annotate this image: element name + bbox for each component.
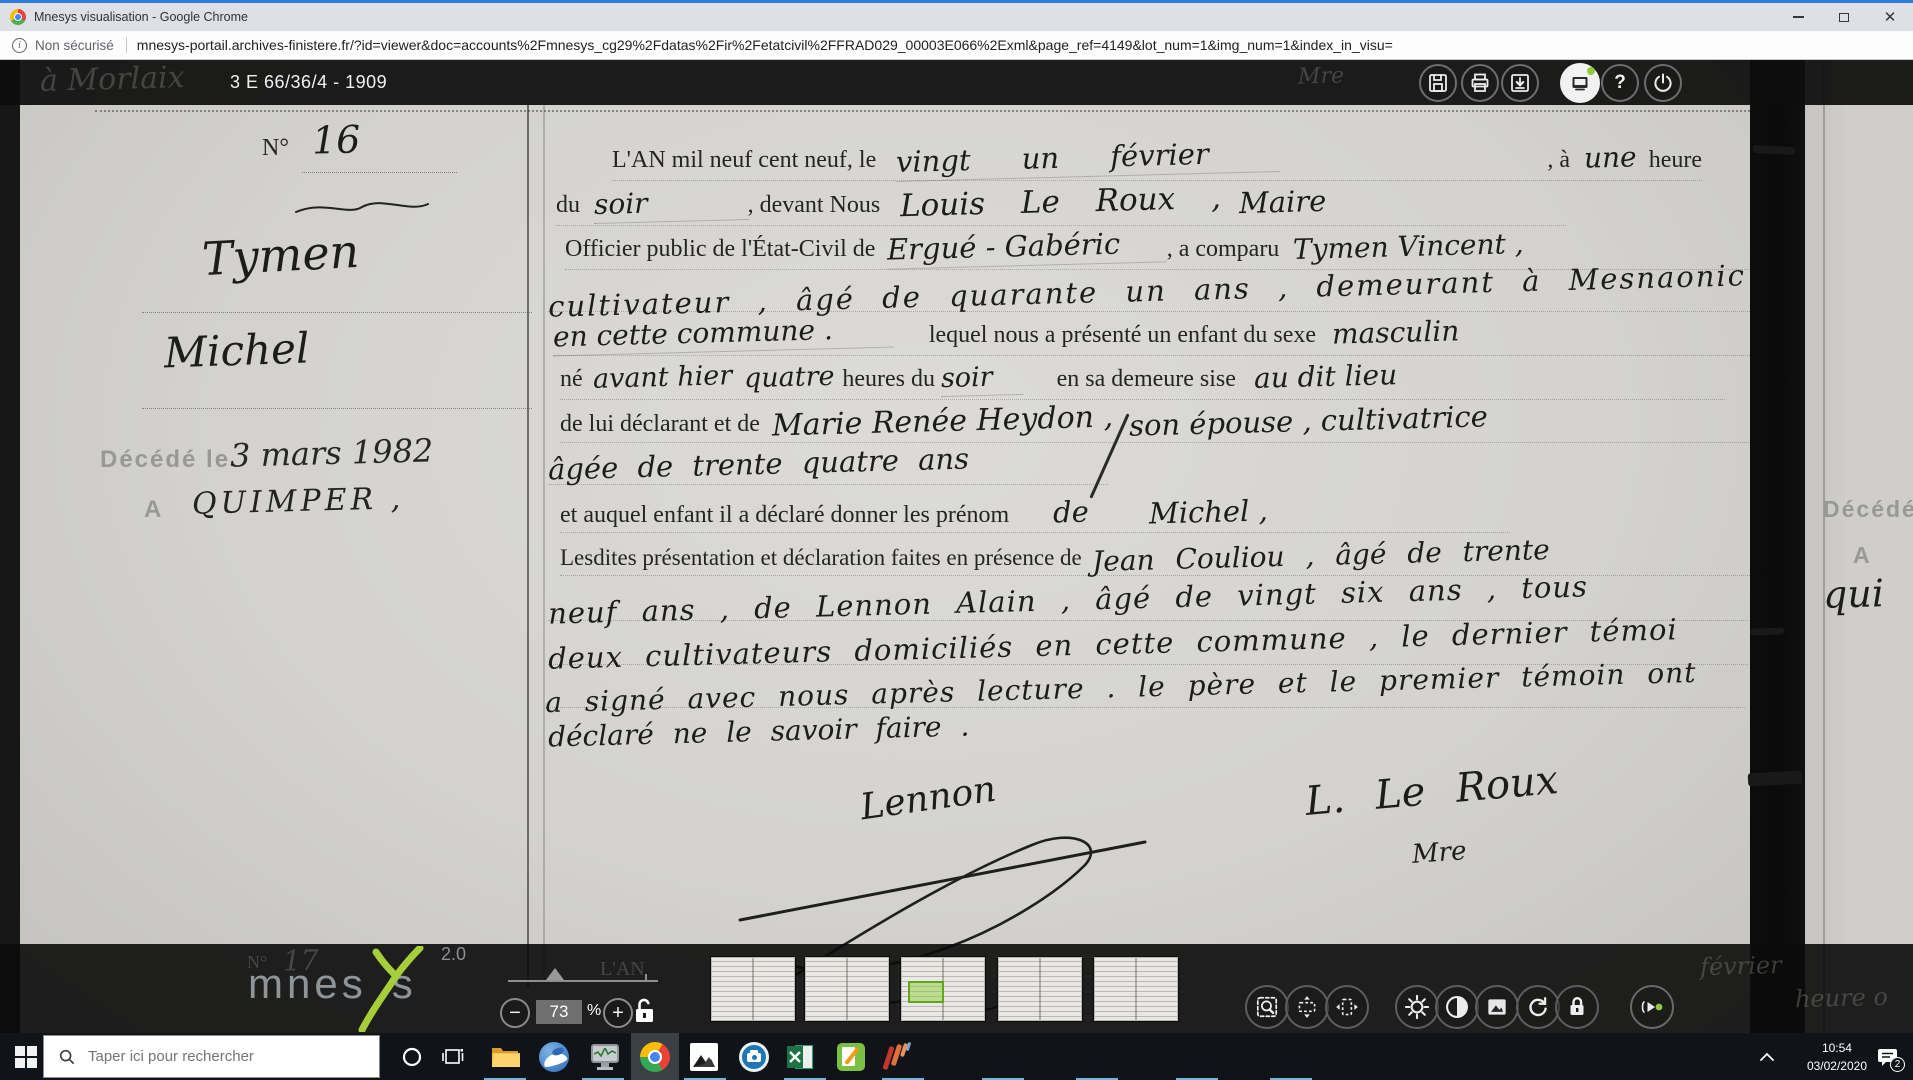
deceased-stamp: Décédé le [100,446,230,474]
minimize-button[interactable] [1775,3,1821,31]
download-button[interactable] [1501,64,1539,102]
notification-badge: 2 [1890,1057,1905,1072]
act-line: L'AN mil neuf cent neuf, le vingt un fév… [612,140,1702,181]
handwritten-text: déclaré ne le savoir faire . [548,709,970,753]
security-label[interactable]: Non sécurisé [35,38,114,53]
contrast-button[interactable] [1435,985,1479,1029]
print-button[interactable] [1461,64,1499,102]
clock-date: 03/02/2020 [1807,1057,1867,1075]
save-button[interactable] [1419,64,1457,102]
printed-text: Officier public de l'État-Civil de [565,236,875,263]
margin-surname: Tymen [201,224,361,286]
file-explorer-icon [490,1044,520,1070]
zoom-value[interactable]: 73 [536,1000,582,1024]
help-button[interactable]: ? [1601,64,1639,102]
act-number-value: 16 [311,117,360,162]
address-divider [126,37,127,53]
taskbar-app-thunderbird[interactable] [530,1033,578,1080]
handwritten-text: Maire [1239,184,1327,220]
maximize-button[interactable] [1821,3,1867,31]
invert-button[interactable] [1475,985,1519,1029]
notepad-icon [837,1043,865,1071]
close-button[interactable]: ✕ [1867,3,1913,31]
taskbar-app-chrome-active[interactable] [631,1033,679,1080]
printed-text: , devant Nous [748,192,881,219]
download-icon [1508,71,1532,95]
taskbar-app-camera[interactable] [730,1033,778,1080]
margin-dot-rule [302,172,457,173]
page-thumbnail[interactable] [1093,956,1179,1022]
printed-text: , a comparu [1167,236,1280,263]
viewer-top-toolbar: à Morlaix Mre 3 E 66/36/4 - 1909 [0,60,1913,105]
printed-text: de lui déclarant et de [560,411,760,438]
book-fold [1750,60,1805,1033]
handwritten-text: Tymen Vincent , [1293,227,1524,266]
right-page-note: qui [1822,571,1884,617]
zoom-unlock-icon[interactable] [631,996,657,1026]
viewport-selection-box[interactable] [908,981,944,1003]
margin-rule-line [527,105,529,988]
act-line: âgée de trente quatre ans [548,447,1108,485]
clock-time: 10:54 [1807,1039,1867,1057]
ghost-text: février [1700,951,1782,981]
handwritten-text: de [1053,495,1090,530]
zoom-percent-label: % [587,1002,601,1020]
handwritten-text: Ergué - Gabéric [887,225,1167,269]
zoom-slider-handle[interactable] [546,968,564,980]
collapse-panel-button[interactable] [1630,985,1674,1029]
task-view-icon [441,1046,465,1068]
windows-taskbar: 10:54 03/02/2020 2 [0,1033,1913,1080]
margin-dot-rule [142,312,532,313]
act-line: de lui déclarant et de Marie Renée Heydo… [560,404,1755,443]
save-icon [1426,71,1450,95]
margin-firstname: Michel [163,323,310,377]
handwritten-text: en cette commune . [553,312,894,357]
mayor-signature-title: Mre [1411,836,1467,870]
minimize-icon [1793,16,1804,18]
deceased-date: 3 mars 1982 [230,431,434,474]
search-icon [58,1048,76,1066]
lock-icon [1565,994,1589,1020]
printed-text: lequel nous a présenté un enfant du sexe [929,322,1316,349]
act-line: a signé avec nous après lecture . le pèr… [545,671,1745,708]
next-page-rule [1823,60,1825,1033]
search-input[interactable] [86,1047,340,1066]
task-view-button[interactable] [429,1033,477,1080]
page-top-rule [95,110,1750,112]
ghost-handwriting: Mre [1298,63,1345,89]
logo-text: mnes [248,960,367,1007]
tray-expand-chevron[interactable] [1759,1052,1775,1062]
zoom-region-button[interactable] [1245,985,1289,1029]
close-icon: ✕ [1884,10,1897,25]
handwritten-text: au dit lieu [1254,358,1398,395]
help-icon: ? [1614,72,1626,94]
taskbar-app-photos[interactable] [680,1033,728,1080]
fit-height-button[interactable] [1285,985,1329,1029]
handwritten-text: âgée de trente quatre ans [548,441,970,486]
handwritten-text: Michel , [1148,493,1268,530]
url-text[interactable]: mnesys-portail.archives-finistere.fr/?id… [137,37,1393,53]
act-line: et auquel enfant il a déclaré donner les… [560,495,1510,533]
camera-icon [739,1042,769,1072]
invert-icon [1484,994,1510,1020]
printed-text: heures du [842,366,935,393]
page-thumbnail[interactable] [804,956,890,1022]
at-stamp-right: A [1853,542,1872,569]
printed-text: heure [1649,147,1702,174]
power-icon [1651,71,1675,95]
plus-icon: + [612,1002,624,1025]
margin-dot-rule [142,408,532,409]
lock-button[interactable] [1555,985,1599,1029]
page-thumbnail-current[interactable] [900,956,986,1022]
ghost-text: L'AN [600,958,645,981]
printed-text: , à [1547,147,1570,174]
printed-text: L'AN mil neuf cent neuf, le [612,147,876,174]
next-page-edge: Décédé A qui [1805,60,1913,1033]
taskbar-app-strokes[interactable] [874,1033,922,1080]
thunderbird-icon [539,1042,569,1072]
handwritten-text: soir [941,361,1024,397]
scan-left-edge [0,60,20,1033]
printed-text: en sa demeure sise [1057,366,1236,393]
margin-flourish [292,196,432,220]
fit-width-icon [1334,994,1360,1020]
scanned-page[interactable]: N° 16 Tymen Michel Décédé le 3 mars 1982… [20,60,1750,1033]
window-title: Mnesys visualisation - Google Chrome [34,10,248,24]
zoom-slider-track[interactable] [508,980,658,982]
taskbar-search[interactable] [43,1035,380,1078]
document-reference: 3 E 66/36/4 - 1909 [230,72,387,93]
handwritten-text: avant hier [592,360,732,395]
zoom-slider-tick [645,974,647,982]
zoom-in-button[interactable]: + [603,998,633,1028]
screen: Mnesys visualisation - Google Chrome ✕ i… [0,0,1913,1080]
taskbar-app-excel[interactable] [777,1033,825,1080]
printed-text: Lesdites présentation et déclaration fai… [560,545,1082,571]
rotate-button[interactable] [1516,985,1560,1029]
status-dot [1587,67,1595,75]
zoom-region-icon [1254,994,1280,1020]
zoom-out-button[interactable]: − [500,998,530,1028]
ink-mark [1750,627,1784,635]
excel-icon [787,1043,815,1071]
ghost-text: heure o [1795,983,1889,1013]
minus-icon: − [509,1002,521,1025]
brightness-icon [1403,993,1431,1021]
handwritten-text: son épouse , cultivatrice [1129,399,1489,442]
brightness-button[interactable] [1395,985,1439,1029]
taskbar-app-file-explorer[interactable] [481,1033,529,1080]
act-number-label: N° [262,135,289,162]
maximize-icon [1839,13,1849,22]
act-line: du soir , devant Nous Louis Le Roux , Ma… [556,184,1566,226]
photos-icon [690,1043,718,1071]
power-button[interactable] [1644,64,1682,102]
taskbar-app-scan-monitor[interactable] [581,1033,629,1080]
act-line: déclaré ne le savoir faire . [548,715,1168,751]
rotate-icon [1525,994,1551,1020]
act-line: né avant hier quatre heures du soir en s… [560,360,1725,400]
printed-text: du [556,192,580,219]
document-viewer[interactable]: N° 16 Tymen Michel Décédé le 3 mars 1982… [0,60,1913,1033]
address-bar[interactable]: i Non sécurisé mnesys-portail.archives-f… [0,31,1913,60]
chrome-icon [640,1042,670,1072]
act-line: Lesdites présentation et déclaration fai… [560,539,1910,576]
page-info-icon[interactable]: i [12,38,27,53]
display-mode-button[interactable] [1560,63,1600,103]
fit-height-icon [1294,994,1320,1020]
printed-text: et auquel enfant il a déclaré donner les… [560,502,1009,529]
handwritten-text: masculin [1332,314,1460,350]
printed-text: né [560,366,583,393]
deceased-place: QUIMPER , [192,481,405,522]
contrast-icon [1443,993,1471,1021]
system-tray: 10:54 03/02/2020 2 [1759,1033,1913,1080]
taskbar-app-notepad[interactable] [827,1033,875,1080]
handwritten-text: une [1584,140,1637,174]
taskbar-clock[interactable]: 10:54 03/02/2020 [1807,1039,1867,1075]
fit-width-button[interactable] [1325,985,1369,1029]
title-bar[interactable]: Mnesys visualisation - Google Chrome ✕ [0,3,1913,31]
notification-center-button[interactable]: 2 [1877,1047,1899,1067]
page-corner-note: à Morlaix [40,60,185,99]
cortana-icon [401,1046,423,1068]
deceased-stamp-right: Décédé [1823,496,1913,523]
viewer-bottom-toolbar: N° 17 L'AN février heure o mnesys 2.0 − … [0,944,1913,1033]
handwritten-text: Louis Le Roux , [900,180,1222,224]
margin-rule-line-2 [543,105,545,988]
act-line: en cette commune . lequel nous a présent… [553,316,1758,356]
scan-monitor-icon [590,1042,620,1072]
at-stamp: A [144,496,163,524]
start-button[interactable] [8,1033,44,1080]
page-thumbnail[interactable] [710,956,796,1022]
chrome-favicon [10,9,26,25]
mayor-signature: L. Le Roux [1303,757,1560,825]
act-line: cultivateur , âgé de quarante un ans , d… [548,274,1758,312]
logo-version: 2.0 [441,944,466,965]
windows-logo-icon [15,1046,37,1068]
print-icon [1468,71,1492,95]
handwritten-text: quatre [743,361,834,394]
page-thumbnail[interactable] [997,956,1083,1022]
handwritten-text: Marie Renée Heydon , [772,400,1114,444]
collapse-panel-icon [1638,994,1666,1020]
strokes-app-icon [883,1042,913,1072]
handwritten-text: vingt un février [896,135,1280,182]
logo-branch-icon [358,946,438,1032]
handwritten-text: soir [594,184,748,224]
